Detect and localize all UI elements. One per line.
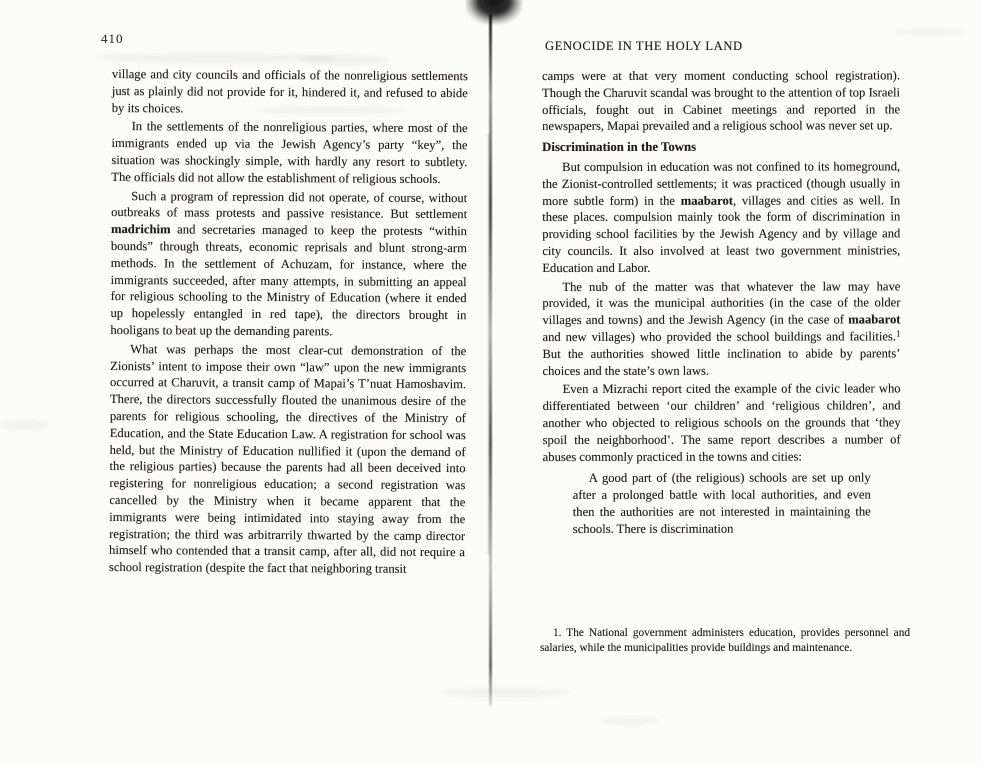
footnote: 1. The National government administers e… — [540, 626, 910, 656]
scan-smudge — [600, 718, 660, 725]
right-text-column: camps were at that very moment conductin… — [542, 67, 901, 537]
text-segment: The nub of the matter was that whatever … — [542, 279, 900, 327]
scan-smudge — [95, 52, 335, 64]
text-segment: But the authorities showed little inclin… — [542, 346, 900, 377]
left-text-column: village and city councils and officials … — [109, 66, 468, 580]
bold-term-madrichim: madrichim — [111, 222, 171, 236]
scan-smudge — [895, 28, 965, 36]
scan-smudge — [440, 688, 570, 697]
bold-term-maabarot: maabarot — [848, 313, 900, 327]
book-spine-gutter — [489, 14, 492, 706]
bold-term-maabarot: maabarot — [681, 193, 733, 207]
text-segment: and secretaries managed to keep the prot… — [110, 223, 467, 339]
running-header: GENOCIDE IN THE HOLY LAND — [545, 39, 743, 54]
paragraph: Such a program of repression did not ope… — [110, 188, 467, 341]
block-quote: A good part of (the religious) schools a… — [573, 470, 871, 538]
scan-smudge — [300, 56, 390, 64]
paragraph: In the settlements of the nonreligious p… — [111, 118, 467, 187]
text-segment: and new villages) who provided the schoo… — [542, 329, 896, 344]
paragraph: Even a Mizrachi report cited the example… — [543, 381, 901, 466]
text-segment: Such a program of repression did not ope… — [111, 189, 467, 222]
scan-smudge — [0, 420, 50, 430]
page-number: 410 — [101, 31, 124, 47]
spine-ink-blob — [466, 0, 522, 24]
section-heading: Discrimination in the Towns — [542, 139, 900, 156]
book-scan: 410 village and city councils and offici… — [0, 0, 982, 766]
footnote-reference: 1 — [896, 328, 901, 338]
paragraph-continuation: village and city councils and officials … — [112, 66, 468, 119]
paragraph: The nub of the matter was that whatever … — [542, 278, 900, 379]
paragraph-continuation: camps were at that very moment conductin… — [542, 67, 900, 135]
paragraph: But compulsion in education was not conf… — [542, 158, 900, 276]
paragraph: What was perhaps the most clear-cut demo… — [109, 341, 466, 578]
